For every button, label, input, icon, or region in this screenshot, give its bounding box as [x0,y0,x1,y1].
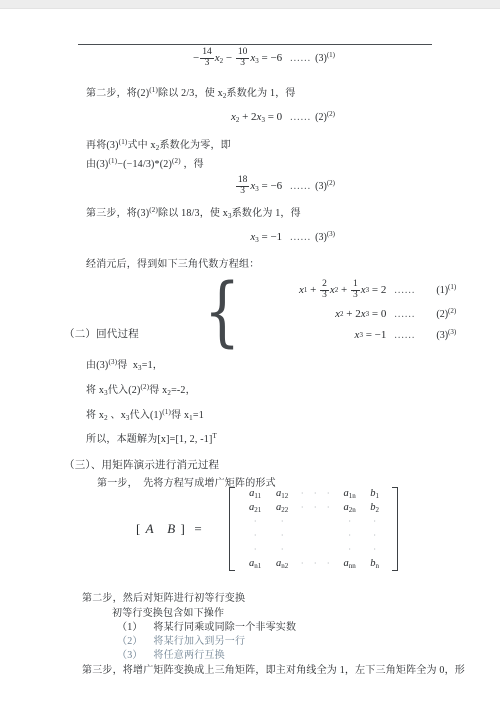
fraction: 23 [320,280,329,301]
matrix-grid: a11a12···a1nb1a21a22···a2nb2············… [242,487,385,571]
fraction-part: 3 [236,187,250,197]
matrix-cell: · [301,557,304,571]
text-run: 所以，本题解为[x]=[1, 2, -1] [86,434,213,445]
matrix-cell: a11 [249,487,261,501]
text-run: + [307,284,319,296]
display-equation-3-1: −143x2 − 103x3 = −6 ...... (3)(1) [193,48,335,69]
matrix-cell: b1 [370,487,379,501]
text-run: 将 x [86,410,104,421]
matrix-cell: · [314,501,317,515]
subscript: 1 [376,492,380,500]
paragraph-step2: 第二步，将(2)(1)除以 2/3，使 x2系数化为 1，得 [86,87,296,100]
text-run: · [314,503,317,512]
matrix-cell: a22 [276,501,288,515]
text-run: 系数化为零，即 [159,140,230,151]
matrix-cell: · [281,515,284,529]
equation-body: x3 = −1 [250,231,282,243]
matrix-cell: an1 [249,557,261,571]
subscript: 2n [349,506,356,514]
superscript: (2) [140,383,149,391]
subscript: 1n [349,492,356,500]
subscript: n2 [281,562,288,570]
text-run: = 0 [265,111,282,123]
fraction: 183 [236,176,250,197]
equation-body: x2 + 2x3 = 0 [246,308,386,320]
list-item-op2: （2） 将某行加入到另一行 [117,635,245,648]
superscript: (2) [327,110,335,118]
fraction-part: 3 [320,291,329,301]
paragraph-matrix-step2: 第二步，然后对矩阵进行初等行变换 [82,592,245,605]
superscript: (3) [108,358,117,366]
fraction-part: 3 [351,291,360,301]
matrix-cell: · [314,557,317,571]
text-run: · [314,559,317,568]
equation-body: −143x2 − 103x3 = −6 [193,48,282,69]
fraction-part: 3 [200,59,214,69]
text-run: · [348,545,351,554]
superscript: (1) [327,51,335,59]
text-run: · [327,559,330,568]
text-run: · [254,531,257,540]
text-run: 代入(1) [130,410,163,421]
system-rows: x1 + 23x2 + 13x3 = 2 ...... (1)(1) x2 + … [246,277,456,346]
display-equation-3-3: x3 = −1 ...... (3)(3) [250,231,335,243]
text-run: · [314,489,317,498]
matrix-cell: · [327,487,330,501]
text-run: ] = [176,521,202,536]
text-run: ，得 [181,159,204,170]
text-run: 、x [108,410,126,421]
text-run: · [327,489,330,498]
text-run: 第三步，将(3) [86,208,149,219]
paragraph-ops-intro: 初等行变换包含如下操作 [112,607,224,620]
text-run: (1) [436,285,448,296]
fraction: 103 [236,48,250,69]
subscript: 11 [254,492,261,500]
matrix-cell: · [281,529,284,543]
text-run: + 2 [239,111,256,123]
matrix-cell: a1n [344,487,356,501]
equation-body: x1 + 23x2 + 13x3 = 2 [246,280,386,301]
matrix-cell: · [327,501,330,515]
document-page: −143x2 − 103x3 = −6 ...... (3)(1) 第二步，将(… [0,0,500,707]
text-run: (3) [315,53,327,64]
math-variable: A [146,521,155,536]
fraction-part: 2 [320,280,329,291]
text-run: − [223,52,235,64]
text-run: 再将(3) [86,140,119,151]
superscript: (1) [108,157,117,165]
text-run: = −1 [259,231,282,243]
text-run: 第二步，将(2) [86,88,149,99]
section-heading-3: （三）、用矩阵演示进行消元过程 [64,459,219,472]
text-run: = 2 [369,284,386,296]
subscript: nn [349,562,356,570]
matrix-lhs: [ A B ] = [136,521,203,537]
text-run: =1， [142,360,163,371]
text-run: 除以 2/3，使 x [158,88,223,99]
subscript: 22 [281,506,288,514]
system-row: x3 = −1 ...... (3)(3) [246,325,456,346]
matrix-cell: · [348,515,351,529]
subscript: n1 [254,562,261,570]
ellipsis-dots: ...... [290,112,311,123]
matrix-cell: · [254,543,257,557]
text-run: (3) [315,181,327,192]
text-run: · [281,545,284,554]
matrix-right-bracket [392,487,398,571]
superscript: (2) [327,179,335,187]
text-run: 除以 18/3，使 x [158,208,228,219]
matrix-cell: · [314,487,317,501]
superscript: (2) [448,307,456,315]
equation-label: (3)(3) [436,330,456,341]
equation-label: (1)(1) [436,285,456,296]
fraction-part: 1 [351,280,360,291]
text-run: = −1 [363,329,386,341]
paragraph-back-sub-1: 由(3)(3)得 x3=1， [86,359,163,372]
text-run: = −6 [259,52,282,64]
system-row: x1 + 23x2 + 13x3 = 2 ...... (1)(1) [246,277,456,304]
section-heading-2: （二）回代过程 [64,328,139,341]
text-run: = 0 [369,308,386,320]
ellipsis-dots: ...... [394,309,430,320]
text-run: · [373,531,376,540]
text-run: 由(3) [86,159,108,170]
matrix-cell: · [373,543,376,557]
page-top-edge [0,0,500,9]
superscript: (1) [448,283,456,291]
equation-system: { x1 + 23x2 + 13x3 = 2 ...... (1)(1) x2 … [198,276,456,346]
text-run: （2） 将某行加入到另一行 [117,636,245,647]
text-run: 得 x [117,360,138,371]
text-run: （3） 将任意两行互换 [117,650,225,661]
matrix-cell: · [348,543,351,557]
matrix-cell: · [281,543,284,557]
fraction-part: 3 [236,59,250,69]
matrix-cell: ann [344,557,356,571]
matrix-cell: · [301,501,304,515]
paragraph-you3: 由(3)(1)−(−14/3)*(2)(2) ，得 [86,158,204,171]
text-run: 系数化为 1，得 [227,88,296,99]
text-run: · [373,517,376,526]
text-run: （1） 将某行同乘或同除一个非零实数 [117,622,296,633]
equation-body: 183x3 = −6 [235,176,282,197]
equation-label: (3)(2) [315,181,335,192]
ellipsis-dots: ...... [290,232,311,243]
superscript: (3) [448,328,456,336]
paragraph-step3: 第三步，将(3)(2)除以 18/3，使 x3系数化为 1，得 [86,207,301,220]
text-run: · [254,545,257,554]
matrix-cell: · [373,529,376,543]
matrix-cell: · [373,515,376,529]
matrix-cell: an2 [276,557,288,571]
ellipsis-dots: ...... [394,285,430,296]
equation-label: (2)(2) [315,112,335,123]
math-variable: x [361,308,366,320]
text-run: [ [136,521,146,536]
subscript: n [376,562,380,570]
text-run: =-2， [171,385,196,396]
text-run: (2) [436,309,448,320]
paragraph-back-sub-2: 将 x3代入(2)(2)得 x2=-2， [86,384,196,397]
text-run [155,521,168,536]
math-variable: x [361,284,366,296]
text-run: · [301,489,304,498]
text-run: (3) [315,232,327,243]
equation-label: (2)(2) [436,309,456,320]
matrix-cell: · [254,515,257,529]
text-run: + [338,284,350,296]
fraction: 13 [351,280,360,301]
matrix-cell: · [327,557,330,571]
matrix-cell: a12 [276,487,288,501]
display-equation-2-2: x2 + 2x3 = 0 ...... (2)(2) [231,111,335,123]
superscript: (3) [327,230,335,238]
paragraph-zaijiang: 再将(3)(1)式中 x2系数化为零，即 [86,139,231,152]
matrix: a11a12···a1nb1a21a22···a2nb2············… [229,487,398,571]
text-run: · [281,517,284,526]
text-run: · [254,517,257,526]
section-divider-rule [78,44,432,45]
text-run: · [281,531,284,540]
text-run: 将 x [86,385,104,396]
equation-label: (3)(3) [315,232,335,243]
text-run: · [301,503,304,512]
text-run: (2) [315,112,327,123]
text-run: = −6 [259,180,282,192]
list-item-op3: （3） 将任意两行互换 [117,649,225,662]
text-run: （三）、用矩阵演示进行消元过程 [64,460,219,471]
text-run: 代入(2) [108,385,141,396]
superscript: (2) [149,206,158,214]
matrix-cell: bn [370,557,379,571]
text-run: · [301,559,304,568]
text-run: 第三步，将增广矩阵变换成上三角矩阵，即主对角线全为 1，左下三角矩阵全为 0，形 [82,665,465,676]
ellipsis-dots: ...... [290,53,311,64]
paragraph-solution: 所以，本题解为[x]=[1, 2, -1]T [86,433,217,446]
text-run: （二）回代过程 [64,329,139,340]
text-run: · [348,531,351,540]
text-run: 第二步，然后对矩阵进行初等行变换 [82,593,245,604]
math-variable: B [167,521,176,536]
text-run: (3) [436,330,448,341]
matrix-cell: b2 [370,501,379,515]
text-run: · [327,503,330,512]
matrix-cell: · [348,529,351,543]
left-brace: { [204,276,240,346]
text-run: 式中 x [127,140,155,151]
superscript: (1) [162,408,171,416]
text-run: · [373,545,376,554]
matrix-cell: · [301,487,304,501]
text-run: 由(3) [86,360,108,371]
subscript: 21 [254,506,261,514]
text-run: 初等行变换包含如下操作 [112,608,224,619]
ellipsis-dots: ...... [394,330,430,341]
matrix-cell: · [254,529,257,543]
paragraph-matrix-step3: 第三步，将增广矩阵变换成上三角矩阵，即主对角线全为 1，左下三角矩阵全为 0，形 [82,664,465,677]
display-equation-3-2: 183x3 = −6 ...... (3)(2) [235,176,335,197]
text-run: + 2 [344,308,361,320]
matrix-cell: a2n [344,501,356,515]
superscript: (1) [149,86,158,94]
matrix-left-bracket [229,487,235,571]
superscript: T [213,432,217,440]
system-row: x2 + 2x3 = 0 ...... (2)(2) [246,304,456,325]
augmented-matrix-equation: [ A B ] = a11a12···a1nb1a21a22···a2nb2··… [136,487,398,571]
fraction: 143 [200,48,214,69]
equation-body: x3 = −1 [246,329,386,341]
matrix-cell: a21 [249,501,261,515]
text-run: − [193,52,199,64]
subscript: 12 [281,492,288,500]
equation-body: x2 + 2x3 = 0 [231,111,282,123]
superscript: (2) [172,157,181,165]
text-run: =1 [193,410,204,421]
paragraph-back-sub-3: 将 x2 、x3代入(1)(1)得 x1=1 [86,409,204,422]
text-run: 得 x [149,385,167,396]
text-run: −(−14/3)*(2) [117,159,172,170]
text-run: 得 x [171,410,189,421]
ellipsis-dots: ...... [290,181,311,192]
list-item-op1: （1） 将某行同乘或同除一个非零实数 [117,621,296,634]
text-run: · [348,517,351,526]
subscript: 2 [376,506,380,514]
text-run: 系数化为 1，得 [232,208,301,219]
equation-label: (3)(1) [315,53,335,64]
